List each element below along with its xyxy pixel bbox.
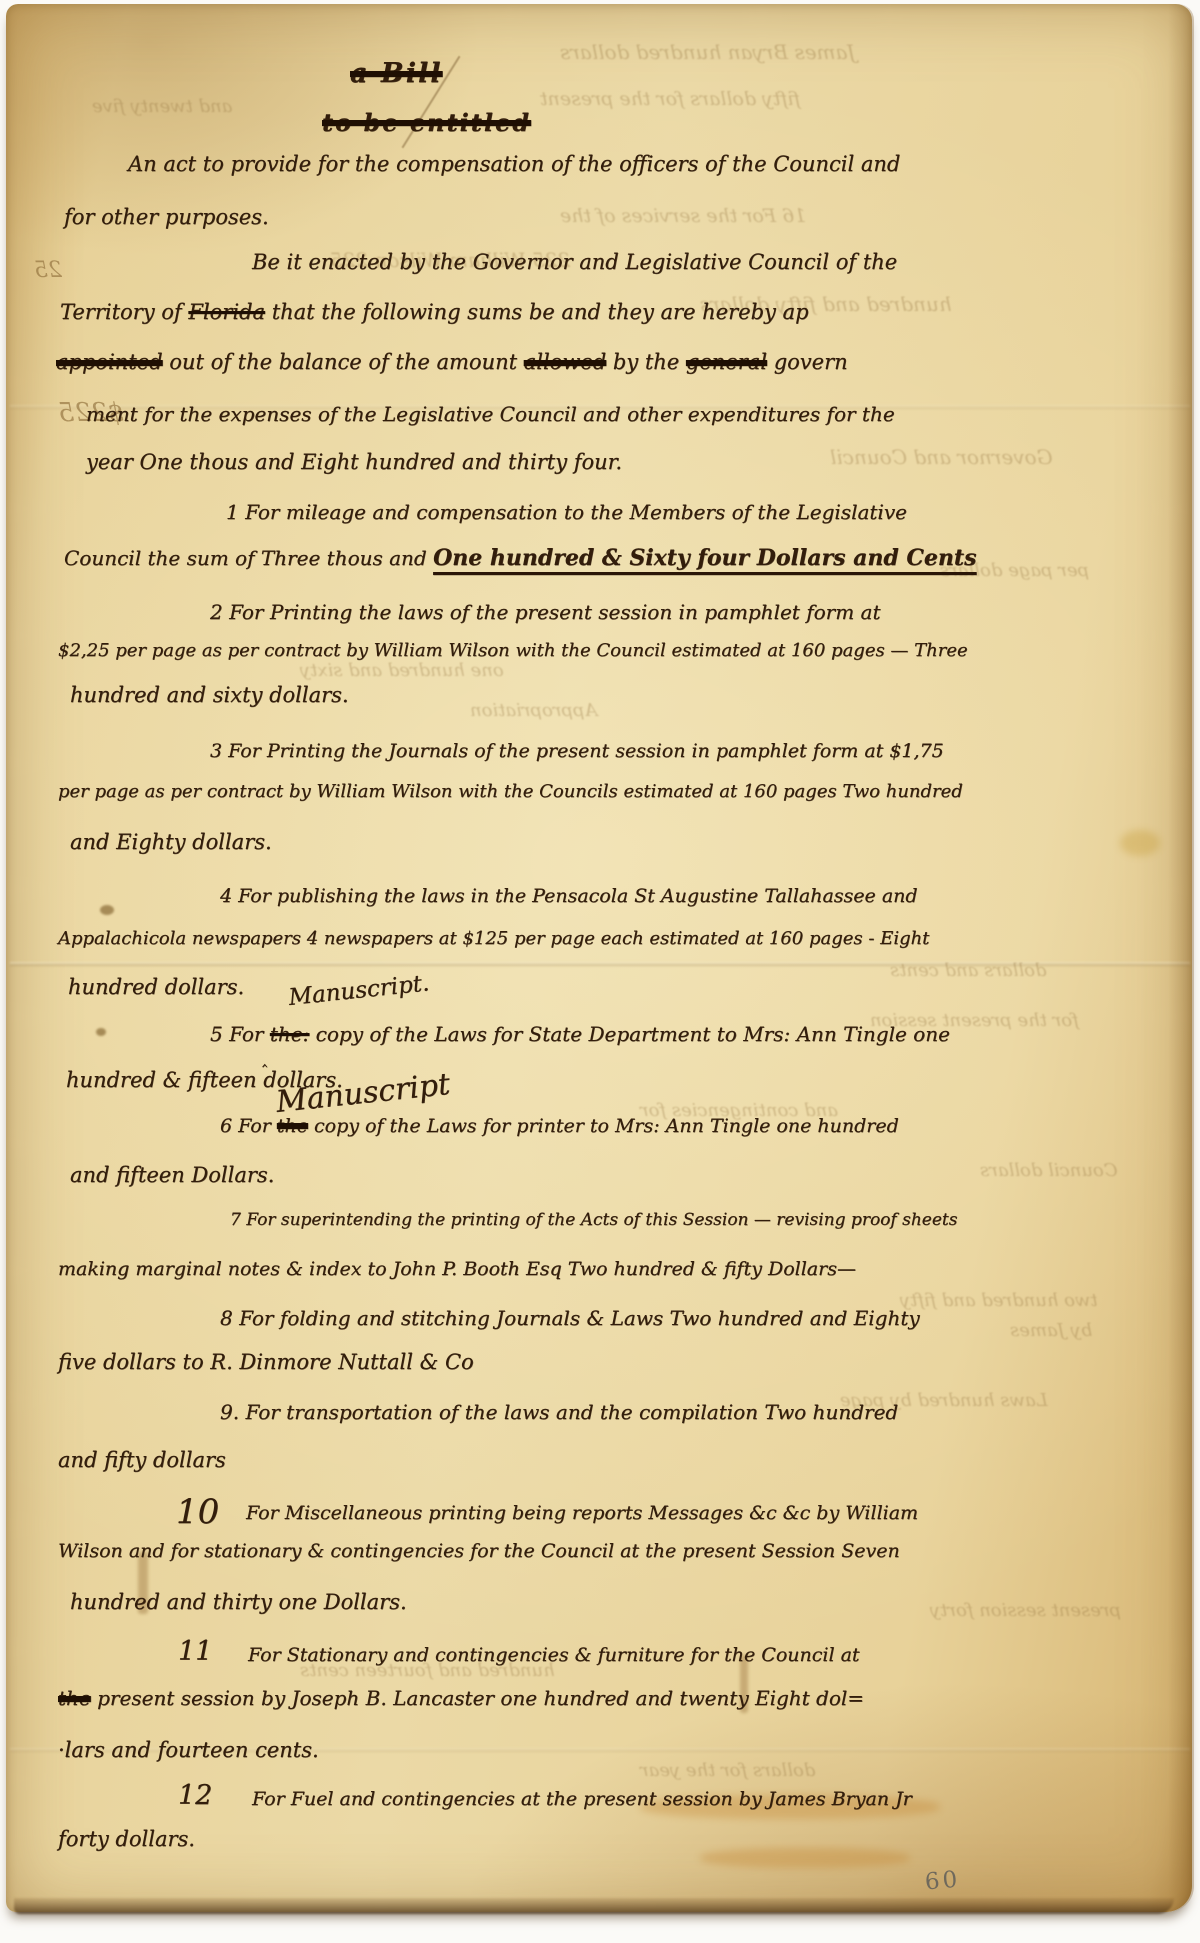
manuscript-page — [6, 4, 1192, 1912]
scanned-document-screenshot: { "page": { "background": "#fbfaf7", "pa… — [0, 0, 1200, 1943]
page-number-pencil: 60 — [924, 1867, 961, 1896]
